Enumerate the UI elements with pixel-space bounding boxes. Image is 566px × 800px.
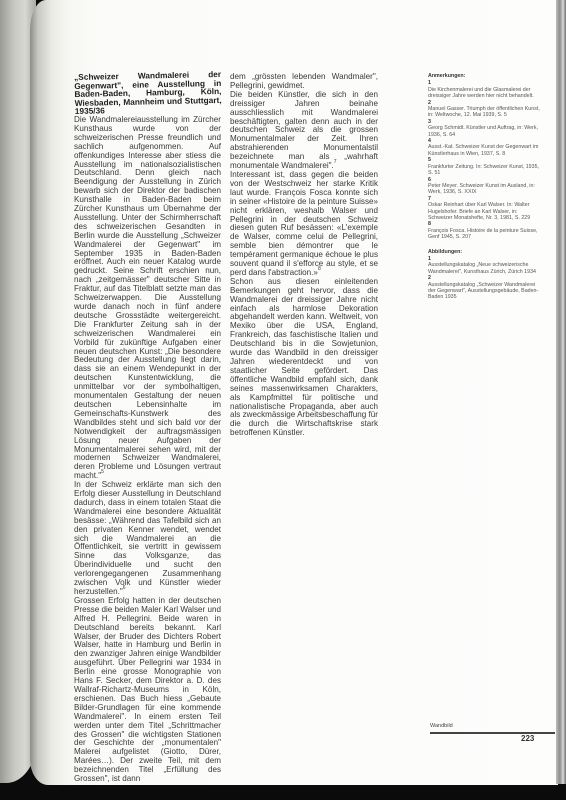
- footnote-ref: 7: [334, 159, 337, 165]
- note-item: 3Georg Schmidt. Künstler und Auftrag, in…: [428, 119, 540, 138]
- page-stack-edge: [556, 0, 566, 784]
- footnote-ref: 8: [318, 266, 321, 272]
- figures-heading: Abbildungen:: [428, 249, 540, 255]
- figure-item: 2Ausstellungskatalog „Schweizer Wandmale…: [428, 275, 540, 301]
- body-paragraph: Grossen Erfolg hatten in der deutschen P…: [74, 597, 221, 784]
- left-text-column: „Schweizer Wandmalerei der Gegenwart", e…: [74, 73, 221, 784]
- notes-column: Anmerkungen: 1Die Kirchenmalerei und die…: [428, 73, 540, 301]
- middle-text-column: dem „grössten lebenden Wandmaler", Pelle…: [230, 73, 378, 438]
- body-paragraph: dem „grössten lebenden Wandmaler", Pelle…: [230, 73, 378, 91]
- notes-heading: Anmerkungen:: [428, 73, 540, 79]
- note-item: 2Manuel Gasser. Triumph der öffentlichen…: [428, 100, 540, 119]
- footnote-ref: 5: [101, 469, 104, 475]
- article-heading: „Schweizer Wandmalerei der Gegenwart", e…: [74, 70, 222, 116]
- body-paragraph: Die beiden Künstler, die sich in den dre…: [230, 91, 378, 171]
- note-item: 6Peter Meyer. Schweizer Kunst im Ausland…: [428, 177, 540, 196]
- body-paragraph: In der Schweiz erklärte man sich den Erf…: [74, 481, 221, 597]
- figure-item: 1Ausstellungskatalog „Neue schweizerisch…: [428, 256, 540, 275]
- note-item: 1Die Kirchenmalerei und die Glasmalerei …: [428, 80, 540, 99]
- note-item: 8François Fosca. Histoire de la peinture…: [428, 221, 540, 240]
- note-item: 4Ausst.-Kat. Schweizer Kunst der Gegenwa…: [428, 138, 540, 157]
- running-footer-label: Wandbild: [430, 723, 453, 729]
- note-item: 5Frankfurter Zeitung. In: Schweizer Kuns…: [428, 157, 540, 176]
- note-item: 7Oskar Reinhart über Karl Walser. In: Wa…: [428, 196, 540, 222]
- footnote-ref: 6: [123, 585, 126, 591]
- footer-rule: [430, 732, 555, 734]
- body-paragraph: Schon aus diesen einleitenden Bemerkunge…: [230, 278, 378, 438]
- body-paragraph: Die Wandmalereiausstellung im Zürcher Ku…: [74, 116, 221, 481]
- page-number: 223: [521, 734, 534, 743]
- body-paragraph: Interessant ist, dass gegen die beiden v…: [230, 171, 378, 278]
